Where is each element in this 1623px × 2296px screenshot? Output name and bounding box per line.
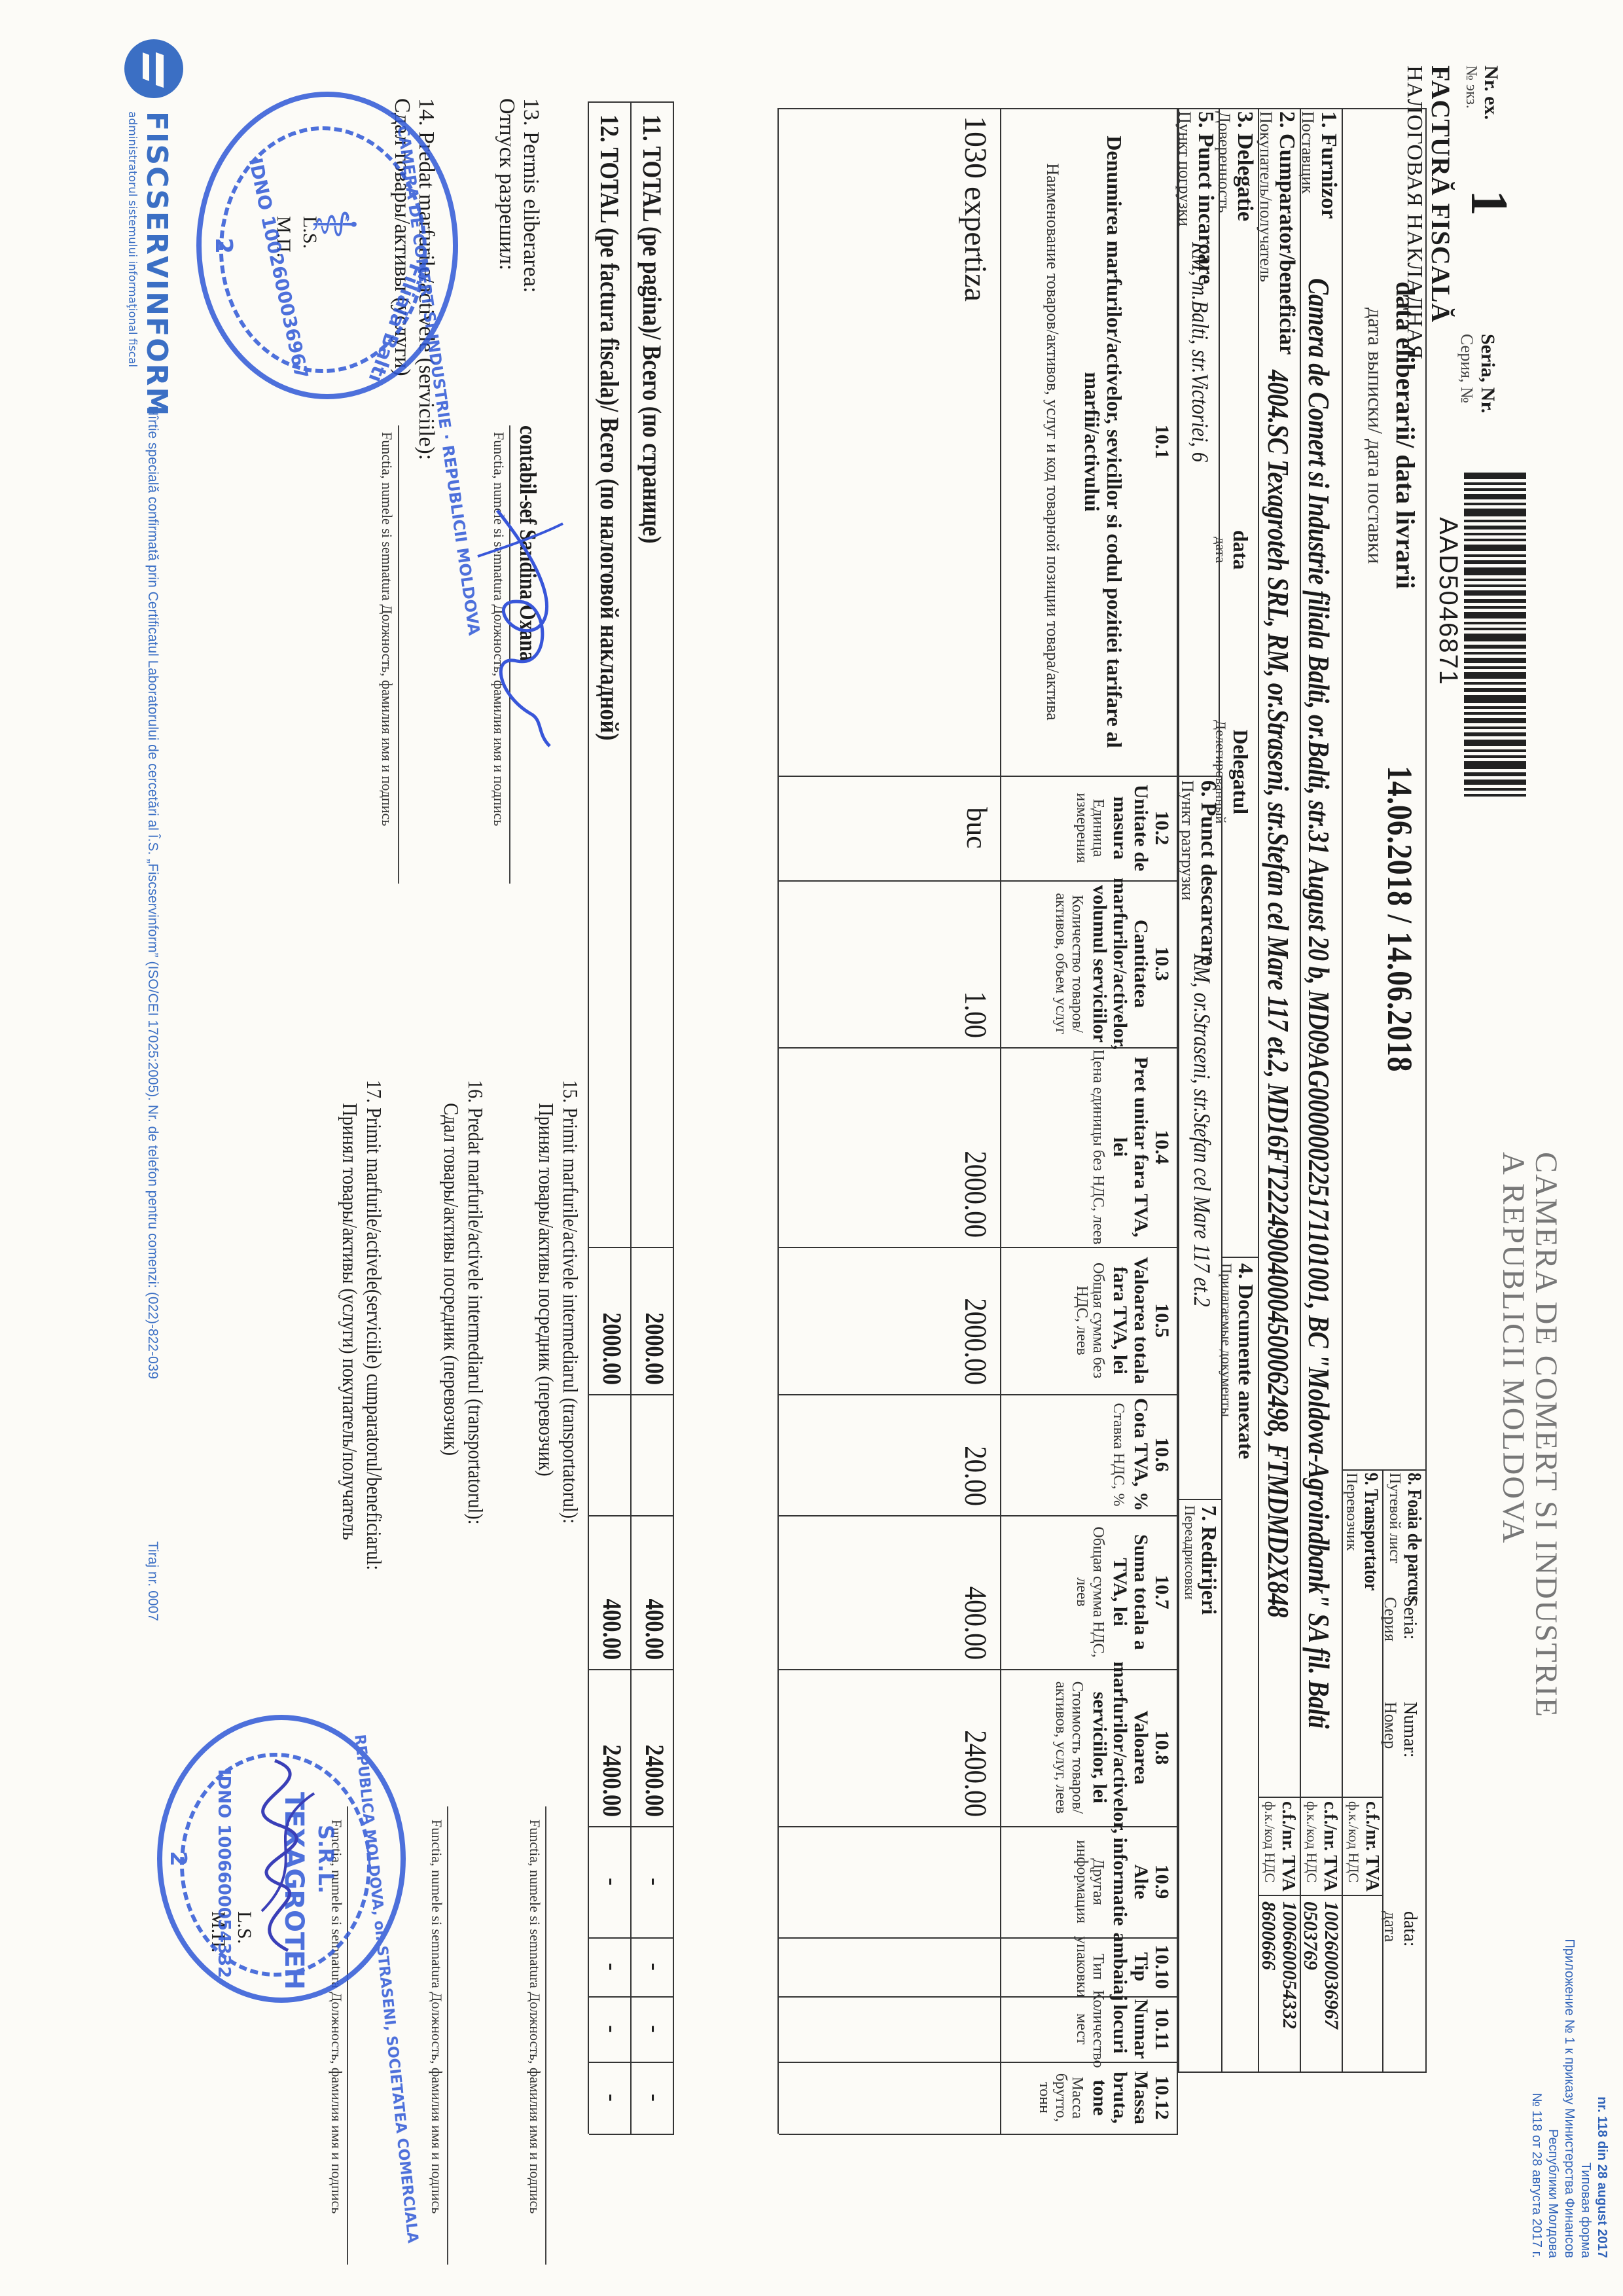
copy-number: 1 bbox=[1459, 190, 1518, 216]
total-invoice-label: 12. TOTAL (pe factura fiscala)/ Всего (п… bbox=[594, 115, 625, 740]
cell-quantity: 1.00 bbox=[957, 904, 993, 1038]
total-invoice-mass: - bbox=[599, 2062, 626, 2134]
delegation-label-block: 3. Delegatie Доверенность bbox=[1215, 111, 1257, 221]
column-title: Numar locuri bbox=[1110, 1996, 1151, 2062]
total-invoice-other: - bbox=[599, 1826, 626, 1937]
transporter-cell: 9. Transportator Перевозчик bbox=[1343, 1473, 1382, 1611]
received-intermediary-caption: Functia, numele si semnatura Должность, … bbox=[526, 1820, 543, 2214]
column-number: 10.6 bbox=[1151, 1437, 1173, 1472]
column-title: Cantitatea marfurilor/activelor, volumul… bbox=[1090, 878, 1152, 1050]
supplier-label-block: 1. Furnizor Поставщик bbox=[1299, 111, 1340, 219]
barcode bbox=[1464, 473, 1526, 800]
document-title: FACTURĂ FISCALĂ bbox=[1425, 65, 1456, 323]
redirect-label: 7. Redirijeri bbox=[1198, 1505, 1220, 1615]
buyer-stamp-number: 2 bbox=[165, 1851, 191, 1867]
buyer-label-ru: Покупатель/получатель bbox=[1257, 111, 1275, 355]
seller-stamp-emblem-icon: ⚕ bbox=[299, 208, 368, 240]
loading-value: RM, m.Balti, str.Victoriei, 6 bbox=[1186, 242, 1214, 462]
buyer-label-block: 2. Cumparator/beneficiar Покупатель/полу… bbox=[1257, 111, 1298, 355]
series-label-block: Seria, Nr. Серия, № bbox=[1457, 334, 1499, 413]
column-title-ru: Единица измерения bbox=[1073, 776, 1106, 880]
supplier-label-ru: Поставщик bbox=[1299, 111, 1317, 219]
buyer-value: 4004.SC Texagroteh SRL, RM, or.Straseni,… bbox=[1261, 370, 1296, 1617]
handed-intermediary-caption: Functia, numele si semnatura Должность, … bbox=[428, 1820, 445, 2214]
handed-intermediary-block: 16. Predat marfurile/activele intermedia… bbox=[439, 1080, 488, 1524]
waybill-date: data:дата bbox=[1382, 1911, 1420, 1946]
column-header-10-6: 10.6Cota TVA, %Ставка НДС, % bbox=[1001, 1394, 1178, 1515]
column-title: Unitate de masura bbox=[1110, 776, 1151, 880]
handed-intermediary-label-ru: Сдал товары/активы посредник (перевозчик… bbox=[439, 1080, 463, 1524]
redirect-block: 7. Redirijeri Переадрисовки bbox=[1183, 1505, 1220, 1615]
issuer-heading-line2: A REPUBLICII MOLDOVA bbox=[1495, 1152, 1531, 1544]
cell-description: 1030 expertiza bbox=[957, 116, 993, 302]
copy-number-block: Nr. ex. № экз. bbox=[1462, 65, 1502, 120]
column-number: 10.1 bbox=[1151, 425, 1173, 459]
form-note-line3: № 118 от 28 августа 2017 г. bbox=[1528, 1892, 1544, 2258]
series-number: AAD5046871 bbox=[1433, 517, 1463, 686]
column-number: 10.12 bbox=[1151, 2075, 1173, 2120]
dates-value: 14.06.2018 / 14.06.2018 bbox=[1380, 766, 1420, 1072]
column-number: 10.11 bbox=[1151, 2007, 1173, 2051]
buyer-vat-label: c.f./nr. TVA bbox=[1277, 1801, 1298, 1892]
footer-brand: FISCSERVINFORM bbox=[140, 111, 173, 417]
footer-print-run: Tiraj nr. 0007 bbox=[145, 1541, 160, 1621]
supplier-vat-label-ru: ф.к./код НДС bbox=[1304, 1801, 1319, 1892]
form-note-line0: nr. 118 din 28 august 2017 bbox=[1594, 1892, 1610, 2258]
attached-docs: 4. Documente anexate Прилагаемые докумен… bbox=[1219, 1263, 1257, 1459]
total-page-package: - bbox=[641, 1937, 669, 1996]
cell-unit-price: 2000.00 bbox=[957, 1076, 993, 1238]
total-page-vat-amount: 400.00 bbox=[639, 1537, 670, 1660]
column-number: 10.8 bbox=[1151, 1731, 1173, 1765]
footer-paper-note: Hîrtie specială confirmată prin Certific… bbox=[145, 406, 160, 1379]
column-number: 10.7 bbox=[1151, 1575, 1173, 1609]
copy-number-label: Nr. ex. bbox=[1480, 65, 1502, 120]
delegation-label: 3. Delegatie bbox=[1233, 111, 1257, 221]
supplier-vat-value-line2: 0503769 bbox=[1300, 1901, 1321, 2029]
issuer-heading-line1: CAMERA DE COMERT SI INDUSTRIE bbox=[1528, 1152, 1564, 1718]
column-title-ru: Тип упаковки bbox=[1073, 1936, 1106, 1998]
column-number: 10.4 bbox=[1151, 1130, 1173, 1164]
column-header-10-1: 10.1Denumirea marfurilor/activelor, sevi… bbox=[1001, 108, 1178, 776]
cell-unit: buc bbox=[960, 776, 993, 880]
waybill-date-label: data: bbox=[1399, 1911, 1420, 1946]
dates-label: data eliberarii/ data livrarii bbox=[1391, 281, 1419, 589]
received-intermediary-label-ru: Принял товары/активы посредник (перевозч… bbox=[534, 1080, 558, 1524]
cell-total: 2400.00 bbox=[957, 1691, 993, 1817]
column-title-ru: Цена единицы без НДС, леев bbox=[1090, 1049, 1106, 1244]
buyer-label: 2. Cumparator/beneficiar bbox=[1275, 111, 1298, 355]
total-page-value-no_vat: 2000.00 bbox=[639, 1268, 670, 1385]
buyer-vat-value-line2: 8600666 bbox=[1258, 1901, 1279, 2029]
transporter-vat-label-ru: ф.к./код НДС bbox=[1346, 1801, 1361, 1892]
total-invoice-value-no_vat: 2000.00 bbox=[597, 1268, 628, 1385]
column-number: 10.2 bbox=[1151, 811, 1173, 846]
column-number: 10.3 bbox=[1151, 946, 1173, 981]
supplier-vat-label: c.f./nr. TVA bbox=[1319, 1801, 1340, 1892]
permit-label-ru: Отпуск разрешил: bbox=[494, 98, 518, 293]
cell-vat-rate: 20.00 bbox=[957, 1411, 993, 1506]
buyer-vat-value: 1006600054332 8600666 bbox=[1258, 1901, 1300, 2029]
column-title: Denumirea marfurilor/activelor, sevicill… bbox=[1081, 108, 1125, 776]
waybill-label: 8. Foaia de parcus bbox=[1403, 1473, 1426, 1602]
form-approval-note: nr. 118 din 28 august 2017 Типовая форма… bbox=[1528, 1892, 1610, 2258]
waybill-number-label: Numar: bbox=[1399, 1702, 1420, 1758]
buyer-vat-value-line1: 1006600054332 bbox=[1279, 1901, 1300, 2029]
delegation-date-label-ru: дата bbox=[1213, 530, 1228, 569]
series-label-ru: Серия, № bbox=[1457, 334, 1476, 413]
total-invoice-places: - bbox=[599, 1996, 626, 2062]
received-buyer-label: 17. Primit marfurile/activele(serviciile… bbox=[362, 1080, 386, 1570]
form-note-line2: Приложение № 1 к приказу Министерства Фи… bbox=[1544, 1892, 1577, 2258]
form-note-line1: Типовая форма bbox=[1577, 1892, 1594, 2258]
column-header-10-4: 10.4Pret unitar fara TVA, leiЦена единиц… bbox=[1001, 1047, 1178, 1247]
column-title-ru: Общая сумма НДС, леев bbox=[1073, 1515, 1106, 1669]
seller-stamp: CAMERA DE COMERT SI INDUSTRIE · REPUBLIC… bbox=[196, 92, 458, 399]
unloading-value: RM, or.Straseni, str.Stefan cel Mare 117… bbox=[1188, 954, 1216, 1307]
column-title-ru: Общая сумма без НДС, леев bbox=[1073, 1247, 1106, 1394]
supplier-value: Camera de Comert si Industrie filiala Ba… bbox=[1302, 278, 1336, 1729]
column-title: Cota TVA, % bbox=[1131, 1398, 1152, 1511]
total-page-mass: - bbox=[641, 2062, 669, 2134]
fiscservinform-logo-icon bbox=[124, 39, 183, 98]
column-title: Suma totala a TVA, lei bbox=[1110, 1515, 1151, 1669]
column-header-10-7: 10.7Suma totala a TVA, leiОбщая сумма НД… bbox=[1001, 1515, 1178, 1669]
handed-sign-caption: Functia, numele si semnatura Должность, … bbox=[378, 432, 395, 826]
waybill-series: Seria:Серия bbox=[1382, 1597, 1420, 1641]
copy-number-label-ru: № экз. bbox=[1462, 65, 1480, 120]
supplier-vat-value-line1: 1002600036967 bbox=[1321, 1901, 1342, 2029]
dates-label-ru: дата выписки/ дата поставки bbox=[1364, 308, 1386, 564]
column-header-10-3: 10.3Cantitatea marfurilor/activelor, vol… bbox=[1001, 880, 1178, 1047]
supplier-vat-value: 1002600036967 0503769 bbox=[1300, 1901, 1342, 2029]
footer-brand-sub: administratorul sistemului informaţional… bbox=[126, 111, 139, 367]
permit-label: 13. Permis eliberarea: bbox=[519, 98, 543, 293]
column-title: Valoarea marfurilor/activelor, serviciil… bbox=[1090, 1662, 1152, 1834]
transporter-label: 9. Transportator bbox=[1360, 1473, 1383, 1590]
cell-vat-amount: 400.00 bbox=[957, 1537, 993, 1660]
column-title: Tip ambaiaj bbox=[1110, 1933, 1151, 2001]
column-header-10-2: 10.2Unitate de masuraЕдиница измерения bbox=[1001, 776, 1178, 880]
unloading-label: 6. Punct descarcare bbox=[1196, 780, 1220, 965]
column-header-10-10: 10.10Tip ambaiajТип упаковки bbox=[1001, 1937, 1178, 1996]
column-header-10-5: 10.5Valoarea totala fara TVA, leiОбщая с… bbox=[1001, 1247, 1178, 1394]
handed-intermediary-label: 16. Predat marfurile/activele intermedia… bbox=[463, 1080, 488, 1524]
transporter-vat: c.f./nr. TVA ф.к./код НДС bbox=[1346, 1801, 1382, 1892]
total-invoice-vat-amount: 400.00 bbox=[597, 1537, 628, 1660]
redirect-label-ru: Переадрисовки bbox=[1183, 1505, 1198, 1615]
buyer-stamp-outer: REPUBLICA MOLDOVA, or. STRASENI, SOCIETA… bbox=[351, 1734, 421, 2244]
total-page-total: 2400.00 bbox=[639, 1691, 670, 1817]
seller-stamp-number: 2 bbox=[210, 238, 237, 254]
column-number: 10.5 bbox=[1151, 1303, 1173, 1338]
column-title-ru: Количество товаров/активов, объем услуг bbox=[1052, 880, 1085, 1047]
total-invoice-package: - bbox=[599, 1937, 626, 1996]
waybill-date-label-ru: дата bbox=[1382, 1911, 1399, 1946]
invoice-page: Nr. ex. № экз. 1 FACTURĂ FISCALĂ НАЛОГОВ… bbox=[0, 0, 1623, 2296]
column-title-ru: Масса брутто, тонн bbox=[1036, 2062, 1086, 2134]
delegate-label: Delegatul bbox=[1228, 720, 1253, 824]
column-title: Pret unitar fara TVA, lei bbox=[1110, 1047, 1151, 1247]
supplier-label: 1. Furnizor bbox=[1317, 111, 1340, 219]
column-number: 10.9 bbox=[1151, 1865, 1173, 1899]
column-number: 10.10 bbox=[1151, 1945, 1173, 1989]
attached-docs-label: 4. Documente anexate bbox=[1234, 1263, 1257, 1459]
delegation-date-label: data bbox=[1228, 530, 1253, 569]
supplier-vat: c.f./nr. TVA ф.к./код НДС bbox=[1304, 1801, 1340, 1892]
column-title-ru: Наименование товаров/активов, услуг и ко… bbox=[1044, 163, 1061, 720]
column-header-10-9: 10.9Alte informatieДругая информация bbox=[1001, 1826, 1178, 1937]
column-header-10-8: 10.8Valoarea marfurilor/activelor, servi… bbox=[1001, 1669, 1178, 1826]
unloading-label-block: 6. Punct descarcare Пункт разгрузки bbox=[1179, 780, 1220, 965]
column-header-10-11: 10.11Numar locuriКоличество мест bbox=[1001, 1996, 1178, 2062]
unloading-label-ru: Пункт разгрузки bbox=[1179, 780, 1196, 965]
series-label: Seria, Nr. bbox=[1476, 334, 1499, 413]
column-title-ru: Количество мест bbox=[1073, 1990, 1106, 2068]
column-header-10-12: 10.12Massa bruta, toneМасса брутто, тонн bbox=[1001, 2062, 1178, 2134]
column-title: Valoarea totala fara TVA, lei bbox=[1110, 1247, 1151, 1394]
column-title-ru: Ставка НДС, % bbox=[1110, 1403, 1126, 1506]
received-intermediary-label: 15. Primit marfurile/activele intermedia… bbox=[558, 1080, 582, 1524]
received-buyer-block: 17. Primit marfurile/activele(serviciile… bbox=[338, 1080, 386, 1570]
transporter-vat-label: c.f./nr. TVA bbox=[1361, 1801, 1382, 1892]
column-title-ru: Стоимость товаров/активов, услуг, леев bbox=[1052, 1669, 1085, 1826]
column-title: Alte informatie bbox=[1110, 1826, 1151, 1937]
column-title-ru: Другая информация bbox=[1073, 1826, 1106, 1937]
total-page-other: - bbox=[641, 1826, 669, 1937]
dates-cell: data eliberarii/ data livrarii дата выпи… bbox=[1343, 111, 1427, 1080]
total-page-places: - bbox=[641, 1996, 669, 2062]
cell-value-no_vat: 2000.00 bbox=[957, 1268, 993, 1385]
buyer-vat: c.f./nr. TVA ф.к./код НДС bbox=[1262, 1801, 1298, 1892]
received-buyer-label-ru: Принял товары/активы (услуги) покупатель… bbox=[338, 1080, 362, 1570]
total-page-label: 11. TOTAL (pe pagina)/ Всего (по страниц… bbox=[637, 115, 668, 543]
permit-block: 13. Permis eliberarea: Отпуск разрешил: bbox=[494, 98, 543, 293]
waybill-series-label: Seria: bbox=[1399, 1597, 1420, 1641]
column-title: Massa bruta, tone bbox=[1090, 2062, 1152, 2134]
total-invoice-total: 2400.00 bbox=[597, 1691, 628, 1817]
waybill-series-label-ru: Серия bbox=[1382, 1597, 1399, 1641]
received-intermediary-block: 15. Primit marfurile/activele intermedia… bbox=[534, 1080, 582, 1524]
buyer-vat-label-ru: ф.к./код НДС bbox=[1262, 1801, 1277, 1892]
buyer-signature bbox=[209, 1754, 340, 1970]
waybill-number-label-ru: Номер bbox=[1382, 1702, 1399, 1758]
waybill-number: Numar:Номер bbox=[1382, 1702, 1420, 1758]
transporter-label-ru: Перевозчик bbox=[1343, 1473, 1359, 1611]
